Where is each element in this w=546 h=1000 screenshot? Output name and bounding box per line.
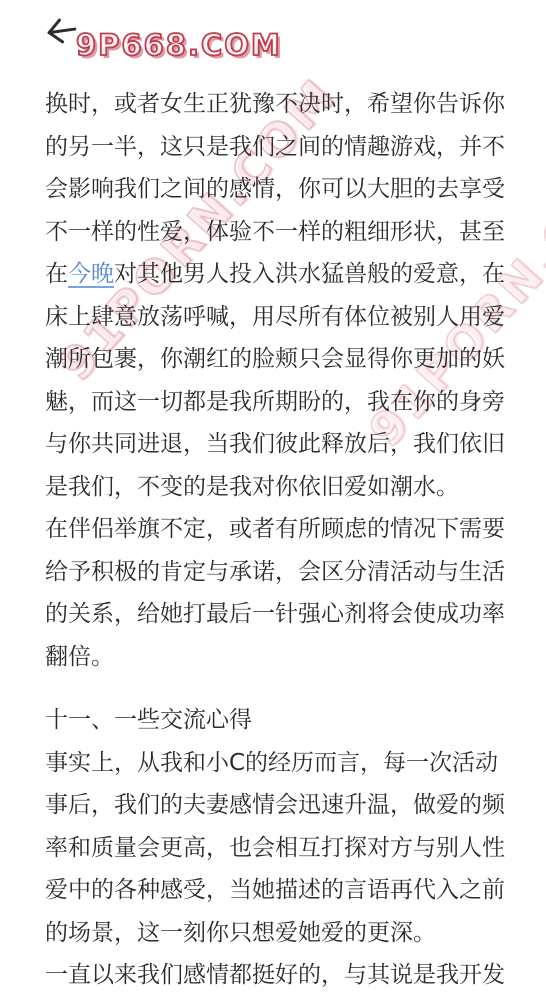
text-line: 潮所包裹，你潮红的脸颊只会显得你更加的妖 <box>45 338 501 381</box>
text-line: 在伴侣举旗不定，或者有所顾虑的情况下需要 <box>45 508 501 551</box>
paragraph: 换时，或者女生正犹豫不决时，希望你告诉你的另一半，这只是我们之间的情趣游戏，并不… <box>45 83 501 508</box>
paragraph: 在伴侣举旗不定，或者有所顾虑的情况下需要给予积极的肯定与承诺，会区分清活动与生活… <box>45 508 501 678</box>
paragraph: 一直以来我们感情都挺好的，与其说是我开发 <box>45 954 501 997</box>
text-line: 十一、一些交流心得 <box>45 699 501 742</box>
text-line: 与你共同进退，当我们彼此释放后，我们依旧 <box>45 423 501 466</box>
text-line: 魅，而这一切都是我所期盼的，我在你的身旁 <box>45 381 501 424</box>
paragraph: 事实上，从我和小C的经历而言，每一次活动事后，我们的夫妻感情会迅速升温，做爱的频… <box>45 742 501 955</box>
text-line: 是我们，不变的是我对你依旧爱如潮水。 <box>45 466 501 509</box>
text-line: 在今晚对其他男人投入洪水猛兽般的爱意，在 <box>45 253 501 296</box>
inline-link-tonight[interactable]: 今晚 <box>68 261 114 287</box>
text-line: 会影响我们之间的感情，你可以大胆的去享受 <box>45 168 501 211</box>
article-content: 换时，或者女生正犹豫不决时，希望你告诉你的另一半，这只是我们之间的情趣游戏，并不… <box>45 83 501 997</box>
text-line: 事后，我们的夫妻感情会迅速升温，做爱的频 <box>45 784 501 827</box>
section-heading: 十一、一些交流心得 <box>45 699 501 742</box>
text-line: 爱中的各种感受，当她描述的言语再代入之前 <box>45 869 501 912</box>
text-line: 一直以来我们感情都挺好的，与其说是我开发 <box>45 954 501 997</box>
text-line: 换时，或者女生正犹豫不决时，希望你告诉你 <box>45 83 501 126</box>
text-segment: 对其他男人投入洪水猛兽般的爱意，在 <box>114 261 505 287</box>
text-line: 的另一半，这只是我们之间的情趣游戏，并不 <box>45 126 501 169</box>
text-line: 的场景，这一刻你只想爱她爱的更深。 <box>45 912 501 955</box>
text-line: 给予积极的肯定与承诺，会区分清活动与生活 <box>45 551 501 594</box>
text-line: 事实上，从我和小C的经历而言，每一次活动 <box>45 742 501 785</box>
text-line: 翻倍。 <box>45 636 501 679</box>
text-line: 床上肆意放荡呼喊，用尽所有体位被别人用爱 <box>45 296 501 339</box>
text-line: 率和质量会更高，也会相互打探对方与别人性 <box>45 827 501 870</box>
text-line: 不一样的性爱，体验不一样的粗细形状，甚至 <box>45 211 501 254</box>
site-logo: 9P668.COM <box>76 28 282 62</box>
text-line: 的关系，给她打最后一针强心剂将会使成功率 <box>45 593 501 636</box>
text-segment: 在 <box>45 261 68 287</box>
